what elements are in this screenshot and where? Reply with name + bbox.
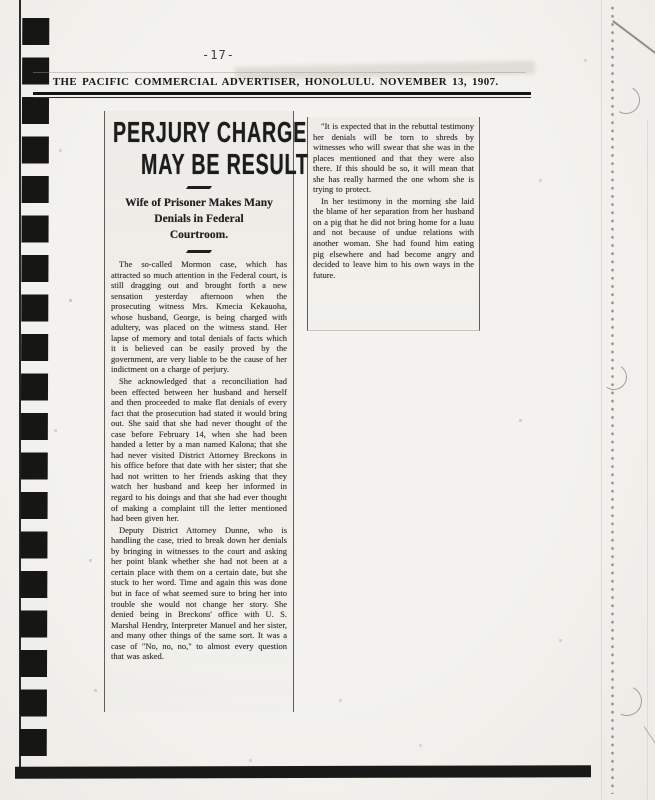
headline-line-2: MAY BE RESULT <box>141 149 261 184</box>
binder-ring-mark <box>599 362 629 392</box>
masthead-rule-thick <box>33 92 531 95</box>
article-paragraph: She acknowledged that a reconciliation h… <box>111 376 287 524</box>
divider-dash <box>186 250 212 253</box>
masthead: THE PACIFIC COMMERCIAL ADVERTISER, HONOL… <box>33 72 531 98</box>
article-paragraph: The so-called Mormon case, which has att… <box>111 259 287 375</box>
scan-speckles <box>0 0 1 1</box>
divider-dash <box>186 186 212 189</box>
scan-edge-bar <box>15 765 591 779</box>
article-left-column: PERJURY CHARGE MAY BE RESULT Wife of Pri… <box>104 111 294 712</box>
bottom-crease-line <box>644 726 655 750</box>
scanned-page: -17- THE PACIFIC COMMERCIAL ADVERTISER, … <box>0 0 655 800</box>
subhead-line-3: Courtroom. <box>111 227 287 243</box>
subhead-line-1: Wife of Prisoner Makes Many <box>111 195 287 211</box>
article-paragraph: In her testimony in the morning she laid… <box>313 196 474 280</box>
underlying-sheet-edge <box>647 120 648 800</box>
masthead-title: THE PACIFIC COMMERCIAL ADVERTISER, HONOL… <box>33 72 526 91</box>
page-number: -17- <box>202 48 235 62</box>
comb-binding <box>20 18 50 766</box>
paper-right-edge <box>601 0 602 800</box>
article-right-column: "It is expected that in the rebuttal tes… <box>307 117 480 331</box>
subhead-line-2: Denials in Federal <box>111 211 287 227</box>
headline-line-1: PERJURY CHARGE <box>113 117 256 152</box>
article-paragraph: "It is expected that in the rebuttal tes… <box>313 121 474 195</box>
masthead-rule-thin <box>33 97 531 99</box>
corner-crease-line <box>613 20 655 55</box>
perforation-dots <box>608 4 617 794</box>
article-paragraph: Deputy District Attorney Dunne, who is h… <box>111 525 287 662</box>
